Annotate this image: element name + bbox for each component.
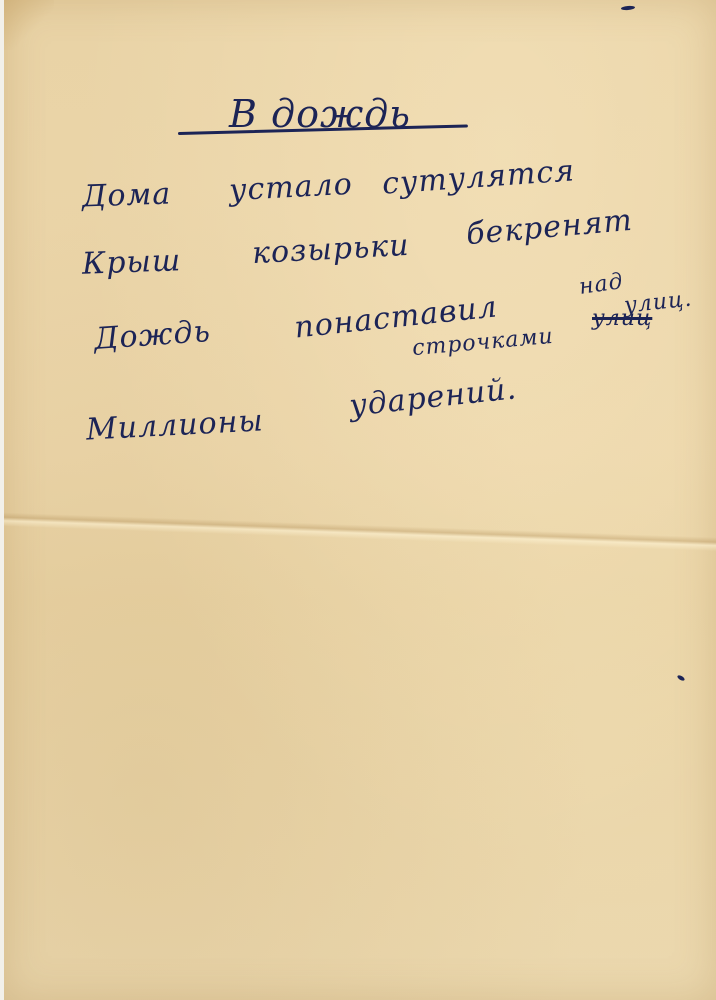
line-3-word-1: Дождь <box>93 314 212 357</box>
line-2-word-3: бекренят <box>465 203 634 252</box>
line-3-insertion-above-1: над <box>577 269 625 300</box>
line-4-word-1: Миллионы <box>85 403 264 447</box>
line-2-word-1: Крыш <box>81 243 181 281</box>
line-3-struck-word: улиц <box>592 306 652 331</box>
line-2-word-2: козырьки <box>251 228 410 271</box>
manuscript-page: В дождь Дома устало сутулятся Крыш козыр… <box>4 0 716 1000</box>
line-1-word-1: Дома <box>81 176 171 214</box>
paper-corner-fold <box>4 0 54 50</box>
line-1-word-2: устало <box>228 167 353 208</box>
line-4-word-2: ударений. <box>348 371 519 423</box>
ink-mark-top <box>621 5 635 10</box>
line-1-word-3: сутулятся <box>381 153 576 201</box>
ink-mark-right <box>677 674 686 681</box>
paper-fold-crease <box>4 512 716 552</box>
